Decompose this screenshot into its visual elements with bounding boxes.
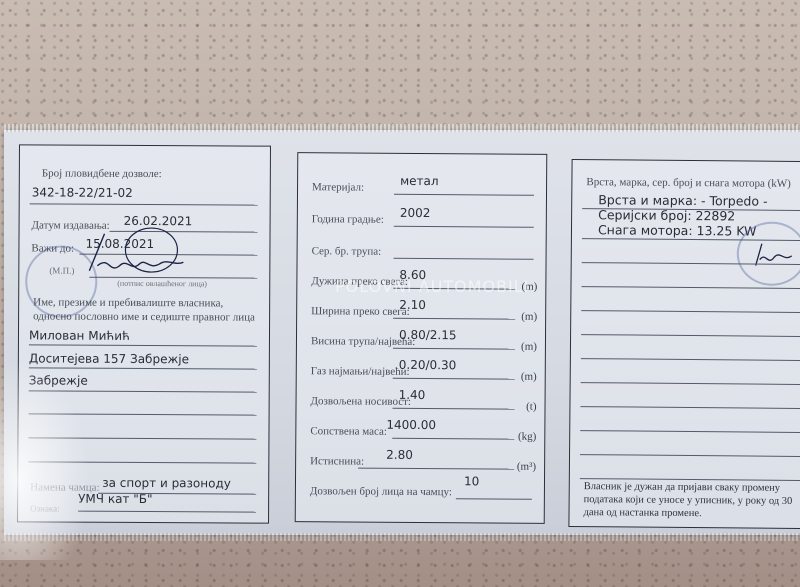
line — [29, 344, 257, 346]
category-label: Ознака: — [30, 503, 60, 513]
line — [456, 498, 532, 500]
field-label: Истиснина: — [310, 455, 364, 467]
field-label: Материјал: — [312, 181, 364, 193]
engine-serial: Серијски број: 22892 — [598, 207, 735, 223]
field-value: 2.80 — [386, 448, 413, 462]
line — [78, 511, 256, 513]
field-value: 2.10 — [399, 298, 426, 312]
line — [580, 406, 800, 409]
owner-address: Доситејева 157 Забрежје — [29, 351, 189, 366]
watermark: POLOVNI AUTOMOBILI — [335, 278, 529, 296]
field-label: Газ најмањи/највећи: — [311, 365, 410, 378]
line — [580, 454, 800, 457]
line — [30, 203, 258, 205]
line — [29, 367, 257, 369]
line — [28, 437, 256, 439]
field-value: 0.20/0.30 — [399, 358, 457, 372]
line — [581, 310, 800, 313]
line — [580, 430, 800, 433]
permit-panel-left: Број пловидбене дозволе: 342-18-22/21-02… — [17, 144, 271, 523]
line — [394, 226, 534, 228]
field-value: 10 — [464, 474, 479, 488]
line — [581, 334, 800, 337]
line — [581, 382, 800, 385]
field-unit: (m³) — [517, 461, 536, 473]
owner-city: Забрежје — [29, 373, 88, 387]
category: УМЧ кат "Б" — [78, 492, 152, 506]
field-unit: (t) — [526, 401, 536, 413]
field-value: 2002 — [400, 206, 431, 220]
engine-power: Снага мотора: 13.25 KW — [598, 222, 757, 238]
field-label: Сопствена маса: — [310, 425, 387, 438]
field-label: Сер. бр. трупа: — [312, 245, 382, 257]
line — [581, 286, 800, 289]
engine-header: Врста, марка, сер. број и снага мотора (… — [586, 176, 791, 190]
field-label: Дозвољена носивост: — [311, 395, 412, 408]
signature-icon — [752, 240, 800, 270]
blank-lines — [573, 160, 800, 162]
signature-icon — [79, 226, 189, 287]
engine-type: Врста и марка: - Torpedo - — [598, 192, 767, 208]
permit-panel-right: Врста, марка, сер. број и снага мотора (… — [568, 159, 800, 529]
line — [29, 390, 257, 392]
permit-number-label: Број пловидбене дозволе: — [42, 167, 162, 180]
field-unit: (m) — [521, 371, 537, 383]
line — [394, 258, 534, 260]
notice-text: Власник је дужан да пријави сваку промен… — [583, 480, 800, 521]
line — [29, 413, 257, 415]
permit-number: 342-18-22/21-02 — [32, 185, 133, 200]
field-value: 1400.00 — [386, 418, 436, 432]
line — [394, 194, 534, 196]
field-unit: (m) — [521, 341, 537, 353]
line — [392, 438, 514, 440]
line — [393, 408, 515, 410]
permit-panel-middle: Материјал:металГодина градње:2002Сер. бр… — [295, 152, 548, 524]
line — [581, 358, 800, 361]
field-label: Година градње: — [312, 213, 384, 226]
field-value: метал — [400, 174, 439, 188]
line — [393, 378, 515, 380]
line — [393, 348, 515, 350]
purpose: за спорт и разоноду — [102, 476, 231, 491]
field-unit: (m) — [521, 311, 537, 323]
field-value: 0.80/2.15 — [399, 328, 457, 342]
field-unit: (kg) — [518, 431, 536, 443]
field-value: 1.40 — [399, 388, 426, 402]
field-label: Ширина преко свега: — [311, 305, 410, 318]
owner-name: Милован Мићић — [29, 328, 130, 343]
boat-specs: Материјал:металГодина градње:2002Сер. бр… — [298, 153, 546, 155]
line — [28, 461, 256, 463]
line — [358, 468, 514, 470]
field-label: Дозвољен број лица на чамцу: — [310, 485, 452, 498]
line — [393, 318, 515, 320]
owner-label: Име, презиме и пребивалиште власника, од… — [33, 295, 258, 324]
